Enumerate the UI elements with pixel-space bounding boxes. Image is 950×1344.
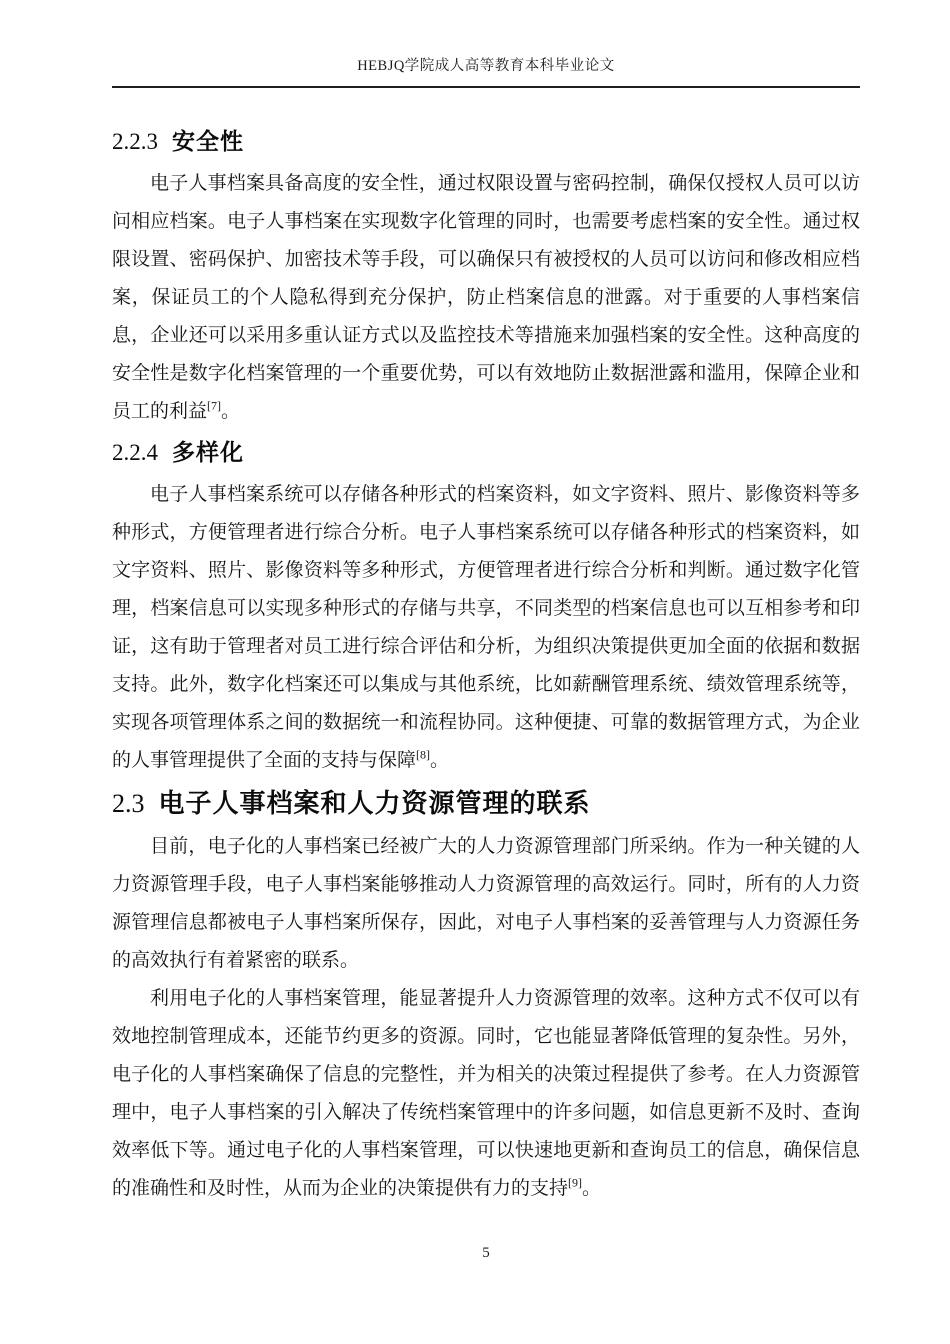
paragraph-tail: 。 — [221, 401, 240, 422]
paragraph-text: 电子人事档案具备高度的安全性，通过权限设置与密码控制，确保仅授权人员可以访问相应… — [112, 173, 860, 422]
citation-ref: [8] — [416, 748, 430, 762]
section-heading-2-3: 2.3电子人事档案和人力资源管理的联系 — [112, 785, 860, 822]
paragraph: 利用电子化的人事档案管理，能显著提升人力资源管理的效率。这种方式不仅可以有效地控… — [112, 980, 860, 1208]
paragraph-tail: 。 — [582, 1178, 601, 1199]
header-title: HEBJQ学院成人高等教育本科毕业论文 — [112, 0, 860, 76]
section-number: 2.2.3 — [112, 129, 158, 154]
document-page: HEBJQ学院成人高等教育本科毕业论文 2.2.3安全性 电子人事档案具备高度的… — [0, 0, 950, 1344]
paragraph-tail: 。 — [430, 750, 449, 771]
citation-ref: [9] — [568, 1176, 582, 1190]
citation-ref: [7] — [207, 399, 221, 413]
paragraph-text: 利用电子化的人事档案管理，能显著提升人力资源管理的效率。这种方式不仅可以有效地控… — [112, 988, 860, 1199]
page-header: HEBJQ学院成人高等教育本科毕业论文 — [112, 0, 860, 88]
header-rule — [112, 86, 860, 88]
section-number: 2.2.4 — [112, 440, 158, 465]
paragraph: 电子人事档案具备高度的安全性，通过权限设置与密码控制，确保仅授权人员可以访问相应… — [112, 165, 860, 431]
section-heading-2-2-3: 2.2.3安全性 — [112, 125, 860, 158]
page-footer: 5 — [112, 1244, 860, 1262]
paragraph: 目前，电子化的人事档案已经被广大的人力资源管理部门所采纳。作为一种关键的人力资源… — [112, 828, 860, 980]
section-number: 2.3 — [112, 789, 145, 818]
page-number: 5 — [482, 1245, 490, 1261]
section-title: 安全性 — [172, 128, 244, 154]
paragraph-text: 目前，电子化的人事档案已经被广大的人力资源管理部门所采纳。作为一种关键的人力资源… — [112, 836, 860, 971]
paragraph: 电子人事档案系统可以存储各种形式的档案资料，如文字资料、照片、影像资料等多种形式… — [112, 476, 860, 780]
section-heading-2-2-4: 2.2.4多样化 — [112, 436, 860, 469]
section-title: 多样化 — [172, 439, 244, 465]
paragraph-text: 电子人事档案系统可以存储各种形式的档案资料，如文字资料、照片、影像资料等多种形式… — [112, 484, 860, 771]
section-title: 电子人事档案和人力资源管理的联系 — [159, 788, 591, 818]
